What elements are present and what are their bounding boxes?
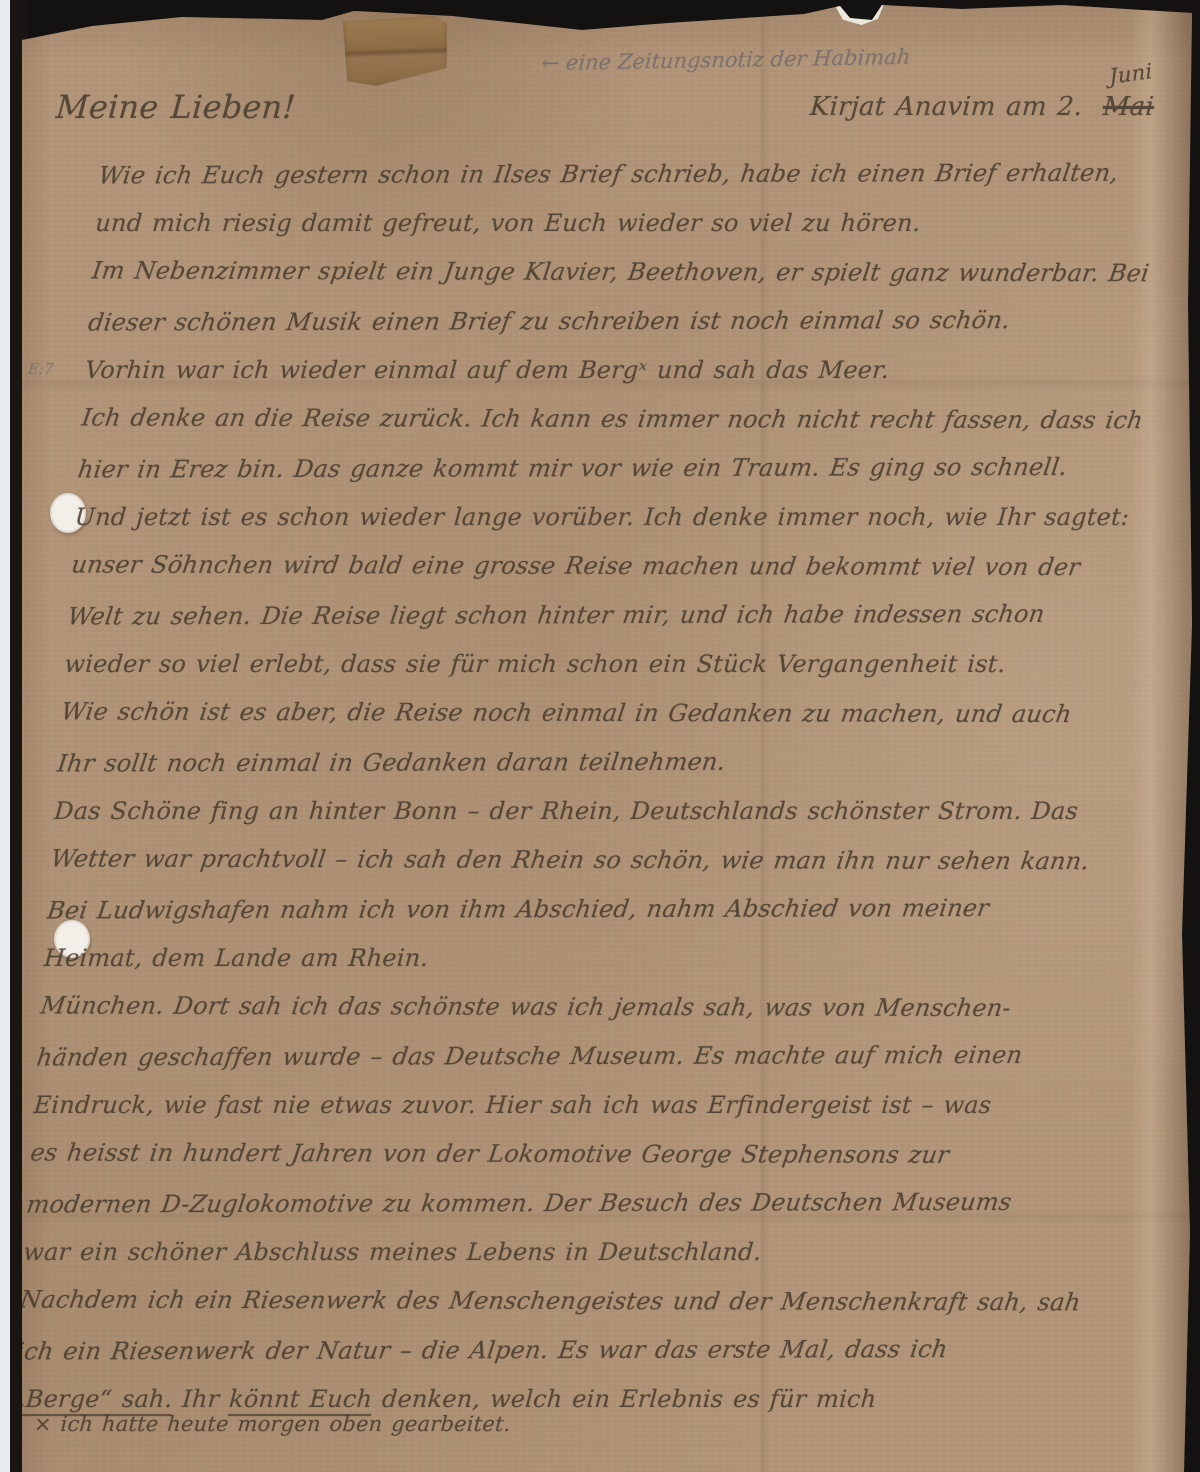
letter-line: hier in Erez bin. Das ganze kommt mir vo… (75, 443, 1200, 495)
letter-line: Bei Ludwigshafen nahm ich von ihm Abschi… (44, 884, 1191, 936)
letter-line: unser Söhnchen wird bald eine grosse Rei… (68, 541, 1200, 593)
margin-note: E:7 (27, 360, 54, 378)
tape-residue (343, 15, 449, 87)
letter-line: Das Schöne fing an hinter Bonn – der Rhe… (53, 787, 1196, 836)
letter-line: Ich denke an die Reise zurück. Ich kann … (78, 394, 1200, 446)
letter-body: Wie ich Euch gestern schon in Ilses Brie… (11, 150, 1200, 1424)
letter-line: München. Dort sah ich das schönste was i… (37, 982, 1184, 1034)
letter-line: Welt zu sehen. Die Reise liegt schon hin… (64, 590, 1200, 642)
dateline-place: Kirjat Anavim am 2. (809, 92, 1084, 122)
torn-notch (834, 4, 884, 25)
letter-line: modernen D-Zuglokomotive zu kommen. Der … (23, 1178, 1170, 1230)
dateline: Kirjat Anavim am 2. Mai Juni (809, 92, 1155, 122)
letter-line: und mich riesig damit gefreut, von Euch … (94, 199, 1200, 248)
dateline-struck-month: Mai (1102, 92, 1155, 122)
letter-paper: ← eine Zeitungsnotiz der Habimah E:7 Kir… (22, 4, 1192, 1472)
letter-line: wieder so viel erlebt, dass sie für mich… (63, 640, 1200, 689)
footnote: × ich hatte heute morgen oben gearbeitet… (33, 1412, 511, 1436)
letter-line: Eindruck, wie fast nie etwas zuvor. Hier… (32, 1081, 1175, 1130)
letter-line: Vorhin war ich wieder einmal auf dem Ber… (83, 346, 1200, 395)
letter-line: Und jetzt ist es schon wieder lange vorü… (73, 493, 1200, 542)
pencil-annotation: ← eine Zeitungsnotiz der Habimah (541, 45, 912, 75)
scanner-edge-light (0, 0, 10, 1472)
scanned-letter-page: ← eine Zeitungsnotiz der Habimah E:7 Kir… (0, 0, 1200, 1472)
salutation: Meine Lieben! (55, 88, 297, 126)
letter-line: Wie schön ist es aber, die Reise noch ei… (58, 688, 1200, 740)
letter-line: händen geschaffen wurde – das Deutsche M… (34, 1031, 1181, 1083)
letter-line: Wetter war prachtvoll – ich sah den Rhei… (48, 835, 1195, 887)
letter-line: dieser schönen Musik einen Brief zu schr… (85, 296, 1200, 348)
letter-line: Ihr sollt noch einmal in Gedanken daran … (54, 737, 1200, 789)
letter-line: war ein schöner Abschluss meines Lebens … (22, 1228, 1165, 1277)
dateline-inserted-month: Juni (1108, 59, 1153, 89)
letter-line: Heimat, dem Lande am Rhein. (42, 934, 1185, 983)
letter-line: Nachdem ich ein Riesenwerk des Menscheng… (17, 1276, 1164, 1328)
letter-line: ich ein Riesenwerk der Natur – die Alpen… (13, 1325, 1160, 1377)
letter-line: Wie ich Euch gestern schon in Ilses Brie… (95, 149, 1200, 201)
letter-line: es heisst in hundert Jahren von der Loko… (27, 1129, 1174, 1181)
letter-line: Im Nebenzimmer spielt ein Junge Klavier,… (89, 247, 1200, 299)
